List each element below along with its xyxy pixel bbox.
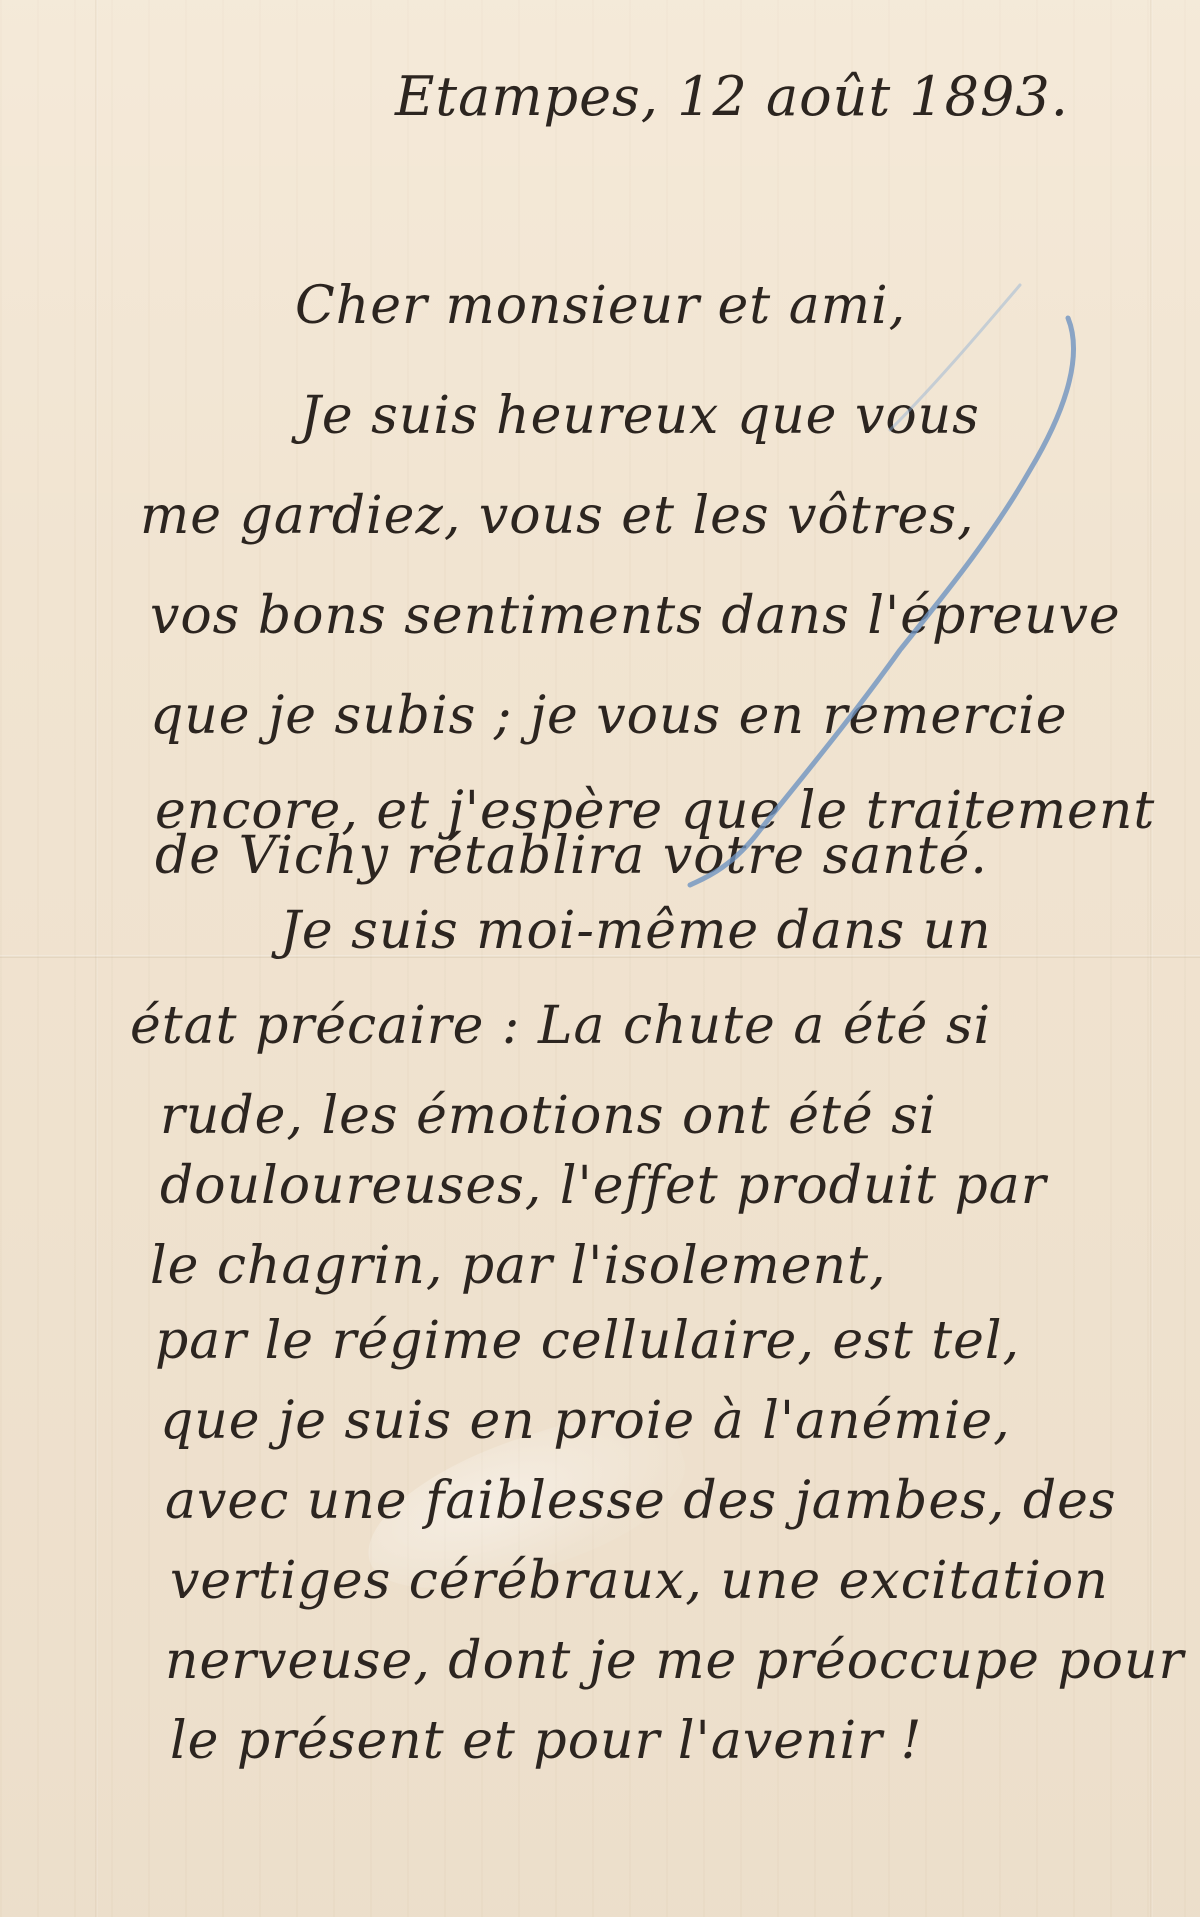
blue-pencil-stroke-icon: [0, 0, 1200, 1917]
letter-page: Etampes, 12 août 1893. Cher monsieur et …: [0, 0, 1200, 1917]
